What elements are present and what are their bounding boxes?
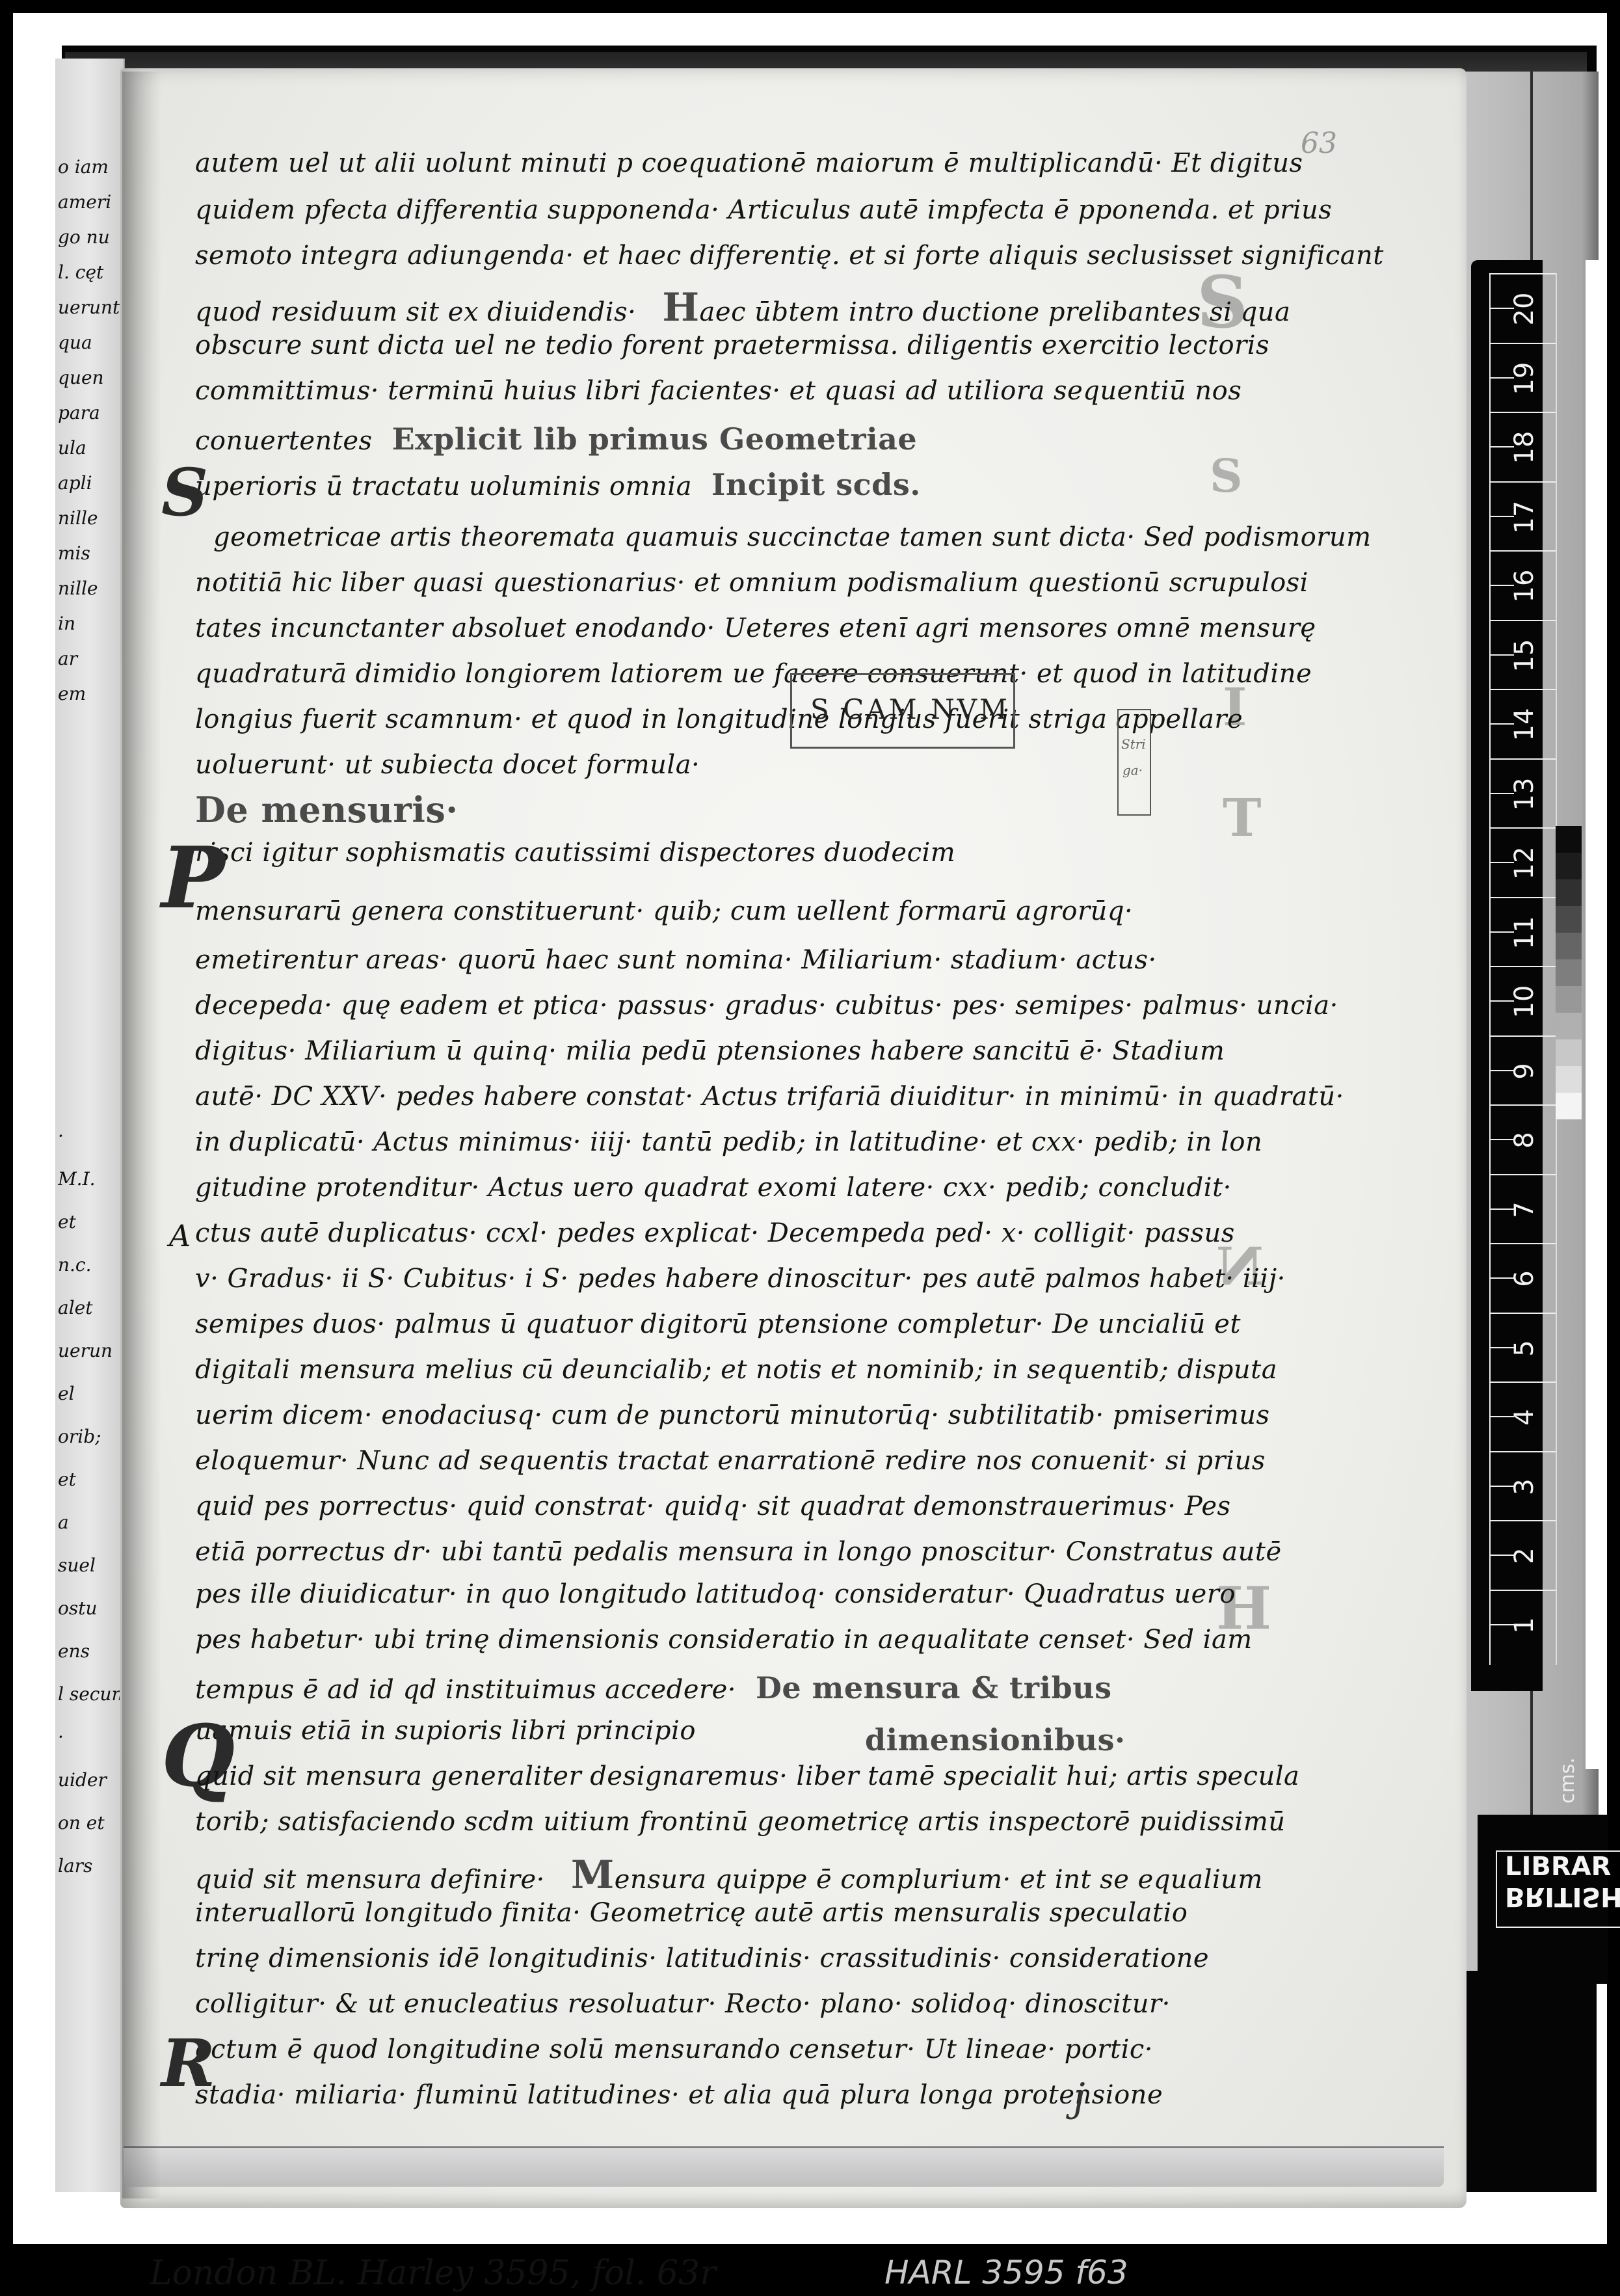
scamnum-diagram: S CAM NVM [790, 673, 1015, 749]
verso-text-fragment: apli [58, 472, 120, 494]
ruler-tick-label: 1 [1509, 1606, 1539, 1645]
ruler-tick-label: 16 [1509, 567, 1539, 606]
manuscript-line: quidem pfecta differentia supponenda· Ar… [195, 195, 1332, 225]
ruler-cm-tick [1491, 412, 1556, 413]
striga-label-line1: Stri [1121, 736, 1146, 752]
ruler-cm-tick [1491, 689, 1556, 690]
manuscript-line-text: tempus ē ad id qd instituimus accedere· [195, 1675, 736, 1705]
facing-page-verso: o iamamerigo nul. cętueruntquaquenparaul… [55, 59, 125, 2192]
manuscript-line: semipes duos· palmus ū quatuor digitorū … [195, 1309, 1241, 1339]
manuscript-line-text: autem uel ut alii uolunt minuti p coequa… [195, 148, 1303, 178]
manuscript-line-text: uamuis etiā in supioris libri principio [195, 1716, 696, 1746]
manuscript-line: Superioris ū tractatu uoluminis omniaInc… [195, 467, 921, 502]
manuscript-line: Actus autē duplicatus· ccxl· pedes expli… [195, 1218, 1235, 1248]
manuscript-line-text: uerim dicem· enodaciusq· cum de punctorū… [195, 1400, 1270, 1430]
verso-text-fragment: a [58, 1512, 120, 1533]
verso-text-fragment: ula [58, 437, 120, 459]
manuscript-line: obscure sunt dicta uel ne tedio forent p… [195, 330, 1269, 360]
ruler-tick-label: 11 [1509, 913, 1539, 952]
manuscript-line: torib; satisfaciendo scdm uitium frontin… [195, 1807, 1286, 1837]
manuscript-line-text: pes habetur· ubi trinę dimensionis consi… [195, 1625, 1253, 1655]
ruler-tick-label: 4 [1509, 1398, 1539, 1437]
striga-label-line2: ga· [1122, 762, 1143, 778]
greyscale-patch [1556, 906, 1582, 933]
ruler-cm-tick [1491, 1035, 1556, 1037]
bottom-ink-mark: j [1073, 2075, 1085, 2120]
manuscript-line: quadraturā dimidio longiorem latiorem ue… [195, 659, 1312, 689]
ruler-tick-label: 5 [1509, 1329, 1539, 1368]
ruler-tick-label: 14 [1509, 705, 1539, 744]
verso-text-fragment: in [58, 613, 120, 634]
rubric-heading: De mensuris· [195, 789, 458, 831]
ruler-cm-tick [1491, 966, 1556, 967]
ruler-scale: 2019181716151413121110987654321 [1489, 273, 1557, 1665]
manuscript-line-text: quadraturā dimidio longiorem latiorem ue… [195, 659, 1312, 689]
manuscript-line: notitiā hic liber quasi questionarius· e… [195, 568, 1308, 598]
manuscript-line: in duplicatū· Actus minimus· iiij· tantū… [195, 1127, 1262, 1157]
manuscript-line-text: autē· DC XXV· pedes habere constat· Actu… [195, 1082, 1344, 1112]
manuscript-line-text: uperioris ū tractatu uoluminis omnia [195, 472, 692, 501]
manuscript-line: mensurarū genera constituerunt· quib; cu… [195, 896, 1133, 926]
verso-text-fragment: · [58, 1726, 120, 1748]
manuscript-line-text: quod residuum sit ex diuidendis· [195, 297, 636, 327]
manuscript-line: quod residuum sit ex diuidendis·Haec ūbt… [195, 285, 1290, 330]
manuscript-line-text: aec ūbtem intro ductione prelibantes si … [700, 297, 1291, 327]
verso-text-fragment: uerunt [58, 297, 120, 318]
ruler-cm-tick [1491, 343, 1556, 344]
manuscript-line-text: uoluerunt· ut subiecta docet formula· [195, 750, 700, 780]
manuscript-line: trinę dimensionis idē longitudinis· lati… [195, 1943, 1209, 1973]
manuscript-line: longius fuerit scamnum· et quod in longi… [195, 704, 1243, 734]
manuscript-line-text: eloquemur· Nunc ad sequentis tractat ena… [195, 1446, 1266, 1476]
ruler-cm-tick [1491, 1382, 1556, 1383]
rubric-heading: Explicit lib primus Geometriae [392, 421, 918, 457]
gutter-shadow [122, 72, 161, 2198]
manuscript-line: etiā porrectus dr· ubi tantū pedalis men… [195, 1537, 1282, 1567]
manuscript-line: uerim dicem· enodaciusq· cum de punctorū… [195, 1400, 1270, 1430]
verso-text-fragment: nille [58, 578, 120, 599]
manuscript-line-text: semoto integra adiungenda· et haec diffe… [195, 241, 1384, 271]
manuscript-line-text: mensurarū genera constituerunt· quib; cu… [195, 896, 1133, 926]
manuscript-line: committimus· terminū huius libri facient… [195, 376, 1242, 406]
manuscript-line-text: quid pes porrectus· quid constrat· quidq… [195, 1491, 1231, 1521]
manuscript-line-text: trinę dimensionis idē longitudinis· lati… [195, 1943, 1209, 1973]
manuscript-line: quid sit mensura definire·Mensura quippe… [195, 1852, 1263, 1898]
manuscript-line: quid sit mensura generaliter designaremu… [195, 1761, 1299, 1791]
greyscale-patch [1556, 1066, 1582, 1093]
ruler-tick-label: 17 [1509, 498, 1539, 537]
verso-text-fragment: nille [58, 507, 120, 529]
manuscript-line-text: emetirentur areas· quorū haec sunt nomin… [195, 945, 1157, 975]
ruler-cm-tick [1491, 1451, 1556, 1452]
manuscript-line-text: ctus autē duplicatus· ccxl· pedes explic… [195, 1218, 1235, 1248]
manuscript-line-text: geometricae artis theoremata quamuis suc… [213, 522, 1372, 552]
manuscript-line-text: digitali mensura melius cū deuncialib; e… [195, 1355, 1277, 1385]
ruler-tick-label: 6 [1509, 1259, 1539, 1298]
verso-text-fragment: n.c. [58, 1254, 120, 1275]
manuscript-line-text: colligitur· & ut enucleatius resoluatur·… [195, 1989, 1171, 2019]
manuscript-line: pes habetur· ubi trinę dimensionis consi… [195, 1625, 1253, 1655]
verso-text-fragment: l. cęt [58, 261, 120, 283]
handwritten-shelfmark-caption: London BL. Harley 3595, fol. 63r [150, 2254, 716, 2293]
verso-text-fragment: · [58, 1125, 120, 1147]
verso-text-fragment: on et [58, 1812, 120, 1834]
manuscript-line: decepeda· quę eadem et ptica· passus· gr… [195, 991, 1338, 1021]
verso-text-fragment: ameri [58, 191, 120, 213]
ruler-cm-tick [1491, 273, 1556, 274]
manuscript-line: colligitur· & ut enucleatius resoluatur·… [195, 1989, 1171, 2019]
manuscript-line: geometricae artis theoremata quamuis suc… [195, 522, 1372, 552]
greyscale-patch [1556, 826, 1582, 853]
ruler-tick-label: 10 [1509, 982, 1539, 1021]
manuscript-line: Rectum ē quod longitudine solū mensurand… [195, 2035, 1153, 2064]
manuscript-line: semoto integra adiungenda· et haec diffe… [195, 241, 1384, 271]
manuscript-line: gitudine protenditur· Actus uero quadrat… [195, 1173, 1232, 1203]
verso-text-fragment: et [58, 1469, 120, 1490]
ruler-cm-tick [1491, 481, 1556, 483]
manuscript-line: v· Gradus· ii S· Cubitus· i S· pedes hab… [195, 1264, 1286, 1294]
pencil-folio-number: 63 [1301, 127, 1337, 160]
verso-text-fragment: em [58, 683, 120, 704]
ruler-cm-tick [1491, 1104, 1556, 1106]
verso-text-fragment: quen [58, 367, 120, 388]
ruler-cm-tick [1491, 620, 1556, 621]
verso-text-fragment: o iam [58, 156, 120, 178]
verso-text-fragment: suel [58, 1555, 120, 1576]
verso-text-fragment: ostu [58, 1597, 120, 1619]
manuscript-line-text: conuertentes [195, 426, 373, 456]
manuscript-line-text: digitus· Miliarium ū quinq· milia pedū p… [195, 1036, 1225, 1066]
manuscript-line-text: obscure sunt dicta uel ne tedio forent p… [195, 330, 1269, 360]
manuscript-line-text: gitudine protenditur· Actus uero quadrat… [195, 1173, 1232, 1203]
manuscript-line-text: in duplicatū· Actus minimus· iiij· tantū… [195, 1127, 1262, 1157]
rubric-initial: M [571, 1852, 615, 1898]
manuscript-line: autē· DC XXV· pedes habere constat· Actu… [195, 1082, 1344, 1112]
ruler-tick-label: 18 [1509, 428, 1539, 467]
manuscript-line-text: ectum ē quod longitudine solū mensurando… [195, 2035, 1153, 2064]
manuscript-line-text: v· Gradus· ii S· Cubitus· i S· pedes hab… [195, 1264, 1286, 1294]
greyscale-patch [1556, 1093, 1582, 1119]
ruler-cm-tick [1491, 758, 1556, 760]
verso-text-fragment: l secun [58, 1683, 120, 1705]
manuscript-line: Prisci igitur sophismatis cautissimi dis… [195, 838, 955, 868]
striga-diagram: Stri ga· [1117, 709, 1151, 816]
manuscript-line-text: stadia· miliaria· fluminū latitudines· e… [195, 2080, 1163, 2110]
verso-text-fragment: lars [58, 1855, 120, 1876]
manuscript-line-text: torib; satisfaciendo scdm uitium frontin… [195, 1807, 1286, 1837]
verso-text-fragment: alet [58, 1297, 120, 1318]
manuscript-line: tates incunctanter absoluet enodando· Ue… [195, 613, 1316, 643]
rubric-heading: dimensionibus· [865, 1722, 1126, 1757]
manuscript-line-text: quid sit mensura generaliter designaremu… [195, 1761, 1299, 1791]
greyscale-patch [1556, 986, 1582, 1013]
rubric-initial: H [662, 285, 699, 330]
shelfmark-stamp: HARL 3595 f63 [884, 2254, 1128, 2291]
showthrough-letter: S [1210, 449, 1243, 503]
verso-text-fragment: para [58, 402, 120, 423]
manuscript-line: quid pes porrectus· quid constrat· quidq… [195, 1491, 1231, 1521]
ruler-tick-label: 15 [1509, 636, 1539, 675]
manuscript-line-text: notitiā hic liber quasi questionarius· e… [195, 568, 1308, 598]
verso-text-fragment: qua [58, 332, 120, 353]
folio-lower-edge [124, 2146, 1444, 2187]
ruler-cm-tick [1491, 1243, 1556, 1244]
manuscript-line-text: quidem pfecta differentia supponenda· Ar… [195, 195, 1332, 225]
ruler-tick-label: 9 [1509, 1052, 1539, 1091]
manuscript-line-text: interuallorū longitudo finita· Geometric… [195, 1898, 1188, 1928]
verso-text-fragment: orib; [58, 1426, 120, 1447]
photo-white-edge [1586, 260, 1607, 1769]
ruler-tick-label: 13 [1509, 775, 1539, 814]
manuscript-line: tempus ē ad id qd instituimus accedere·D… [195, 1670, 1111, 1705]
verso-text-fragment: uerun [58, 1340, 120, 1361]
ruler-tick-label: 2 [1509, 1536, 1539, 1575]
greyscale-patch [1556, 879, 1582, 906]
manuscript-line: digitus· Miliarium ū quinq· milia pedū p… [195, 1036, 1225, 1066]
verso-text-fragment: et [58, 1211, 120, 1233]
decorated-initial: S [161, 454, 209, 531]
ruler-tick-label: 12 [1509, 844, 1539, 883]
verso-text-fragment: ar [58, 648, 120, 669]
greyscale-patch [1556, 933, 1582, 959]
manuscript-line: Quamuis etiā in supioris libri principio… [195, 1716, 696, 1746]
ruler-cm-tick [1491, 827, 1556, 829]
manuscript-line-text: decepeda· quę eadem et ptica· passus· gr… [195, 991, 1338, 1021]
verso-text-fragment: M.I. [58, 1168, 120, 1190]
greyscale-patch [1556, 853, 1582, 879]
manuscript-line-text: risci igitur sophismatis cautissimi disp… [195, 838, 955, 868]
ruler-tick-label: 20 [1509, 289, 1539, 328]
manuscript-line: uoluerunt· ut subiecta docet formula· [195, 750, 700, 780]
rubric-heading: De mensura & tribus [756, 1670, 1111, 1705]
manuscript-line: interuallorū longitudo finita· Geometric… [195, 1898, 1188, 1928]
greyscale-patch [1556, 959, 1582, 986]
ruler-cm-tick [1491, 1174, 1556, 1175]
verso-text-fragment: uider [58, 1769, 120, 1791]
greyscale-patch [1556, 1039, 1582, 1066]
ruler-cm-tick [1491, 1313, 1556, 1314]
verso-text-fragment: go nu [58, 226, 120, 248]
manuscript-line: digitali mensura melius cū deuncialib; e… [195, 1355, 1277, 1385]
scamnum-label: S CAM NVM [810, 693, 1010, 725]
manuscript-line: conuertentesExplicit lib primus Geometri… [195, 421, 917, 457]
manuscript-line-text: tates incunctanter absoluet enodando· Ue… [195, 613, 1316, 643]
verso-text-fragment: ens [58, 1640, 120, 1662]
manuscript-line: stadia· miliaria· fluminū latitudines· e… [195, 2080, 1163, 2110]
ruler-tick-label: 3 [1509, 1467, 1539, 1506]
manuscript-line-text: quid sit mensura definire· [195, 1865, 545, 1895]
manuscript-line-text: ensura quippe ē complurium· et int se eq… [615, 1865, 1263, 1895]
verso-text-fragment: el [58, 1383, 120, 1404]
rubric-heading: Incipit scds. [711, 467, 921, 502]
showthrough-letter: T [1223, 787, 1262, 848]
manuscript-line-text: pes ille diuidicatur· in quo longitudo l… [195, 1579, 1236, 1609]
manuscript-line-text: semipes duos· palmus ū quatuor digitorū … [195, 1309, 1241, 1339]
ruler-cm-tick [1491, 1590, 1556, 1591]
library-label-line2: BRITISH [1497, 1882, 1620, 1912]
ruler-tick-label: 19 [1509, 359, 1539, 398]
ruler-cm-tick [1491, 1520, 1556, 1521]
greyscale-patch [1556, 1013, 1582, 1039]
manuscript-line: De mensuris· [195, 789, 458, 831]
manuscript-line-text: etiā porrectus dr· ubi tantū pedalis men… [195, 1537, 1282, 1567]
manuscript-line-text: committimus· terminū huius libri facient… [195, 376, 1242, 406]
manuscript-line: eloquemur· Nunc ad sequentis tractat ena… [195, 1446, 1266, 1476]
library-label-line1: LIBRAR [1497, 1852, 1620, 1882]
ruler-unit-label: cms. [1556, 1757, 1579, 1804]
verso-text-fragment: mis [58, 542, 120, 564]
ruler-tick-label: 7 [1509, 1190, 1539, 1229]
ruler-cm-tick [1491, 897, 1556, 898]
ruler-tick-label: 8 [1509, 1121, 1539, 1160]
british-library-label: LIBRAR BRITISH [1496, 1850, 1620, 1928]
manuscript-line-text: longius fuerit scamnum· et quod in longi… [195, 704, 1243, 734]
manuscript-line: emetirentur areas· quorū haec sunt nomin… [195, 945, 1157, 975]
ruler-cm-tick [1491, 550, 1556, 552]
marginal-initial: A [169, 1218, 191, 1253]
manuscript-line: autem uel ut alii uolunt minuti p coequa… [195, 148, 1303, 178]
manuscript-line: pes ille diuidicatur· in quo longitudo l… [195, 1579, 1236, 1609]
